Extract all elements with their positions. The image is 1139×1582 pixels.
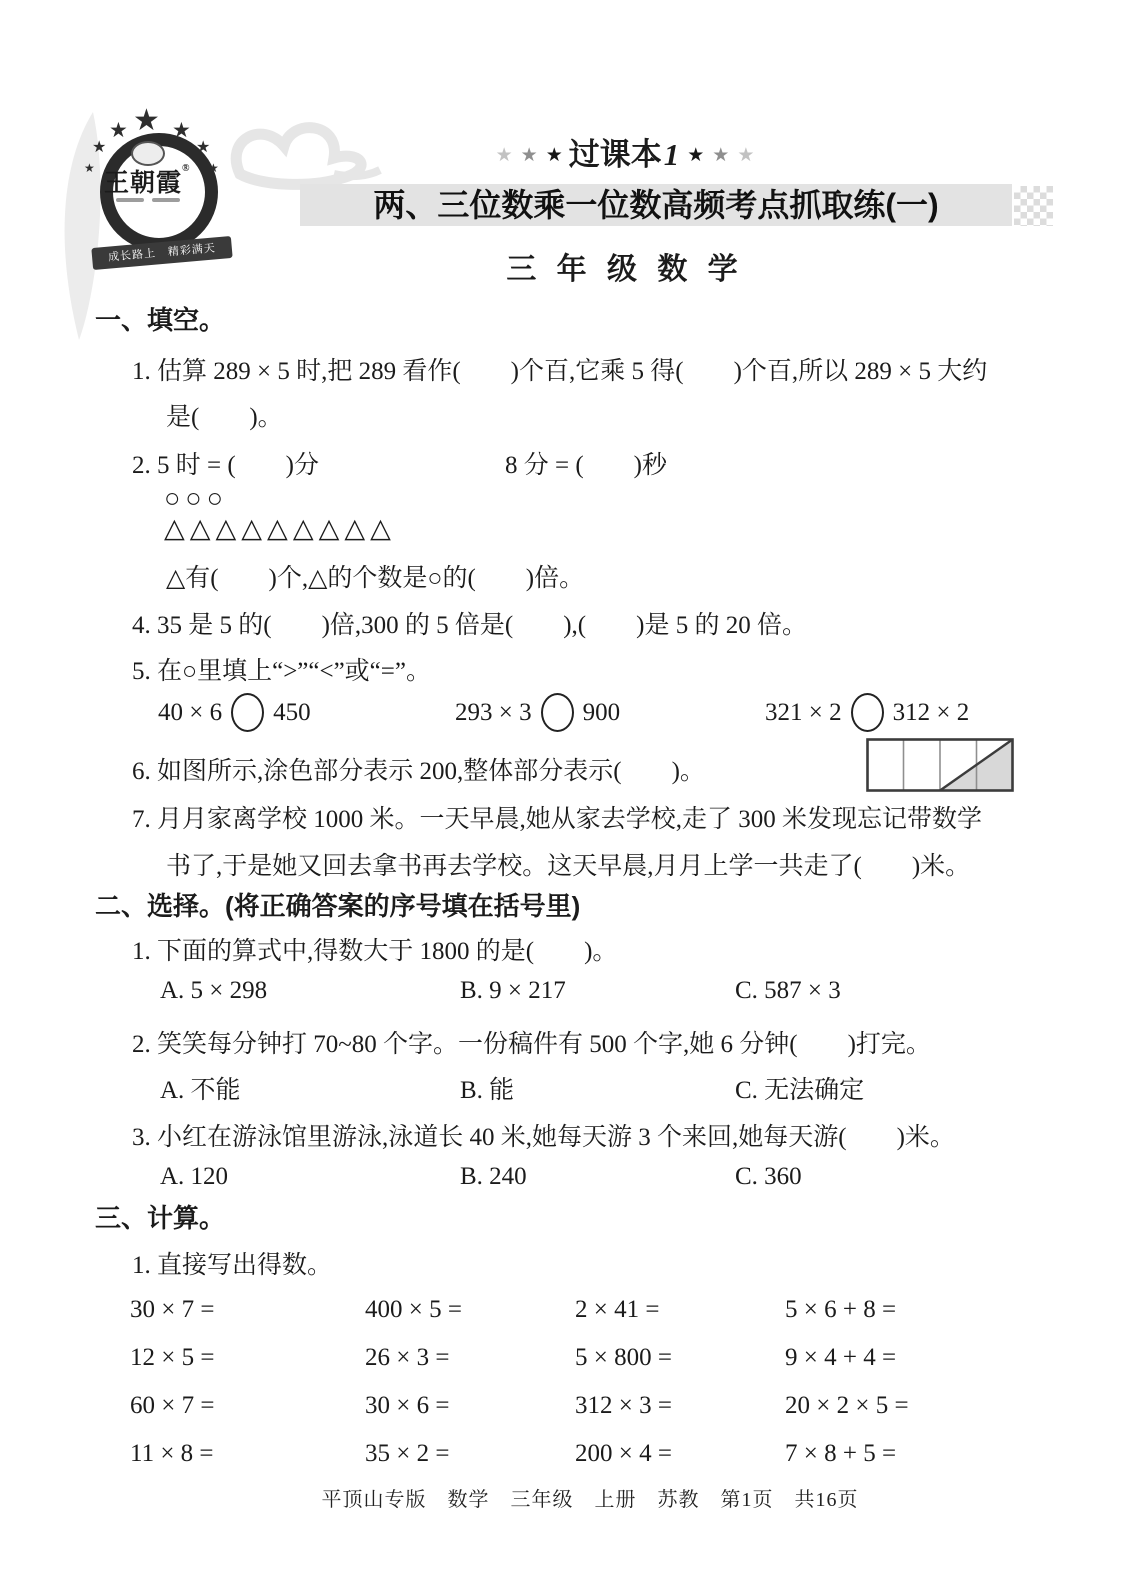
section-3-title: 三、计算。 bbox=[95, 1198, 225, 1235]
s2-q1-option-b: B. 9 × 217 bbox=[460, 977, 566, 1005]
s2-question-3: 3. 小红在游泳馆里游泳,泳道长 40 米,她每天游 3 个来回,她每天游( )… bbox=[132, 1117, 955, 1153]
s2-q3-option-b: B. 240 bbox=[460, 1163, 527, 1191]
calc-item: 9 × 4 + 4 = bbox=[785, 1344, 896, 1372]
star-icon: ★ bbox=[521, 145, 538, 166]
s2-q2-option-c: C. 无法确定 bbox=[735, 1070, 864, 1106]
calc-item: 5 × 6 + 8 = bbox=[785, 1296, 896, 1324]
calc-item: 400 × 5 = bbox=[365, 1296, 462, 1324]
calc-item: 11 × 8 = bbox=[130, 1440, 214, 1468]
comparison-circle bbox=[231, 693, 264, 732]
comparison-left: 321 × 2 bbox=[765, 699, 842, 727]
calc-item: 2 × 41 = bbox=[575, 1296, 659, 1324]
s2-q3-option-c: C. 360 bbox=[735, 1163, 802, 1191]
s1-question-3-text: △有( )个,△的个数是○的( )倍。 bbox=[166, 558, 584, 594]
unit-title-banner: 两、三位数乘一位数高频考点抓取练(一) bbox=[300, 184, 1012, 226]
s1-question-7-line-2: 书了,于是她又回去拿书再去学校。这天早晨,月月上学一共走了( )米。 bbox=[166, 846, 970, 882]
calc-item: 30 × 6 = bbox=[365, 1392, 449, 1420]
s1-question-1-line-1: 1. 估算 289 × 5 时,把 289 看作( )个百,它乘 5 得( )个… bbox=[132, 351, 987, 387]
page-footer: 平顶山专版 数学 三年级 上册 苏教 第1页 共16页 bbox=[40, 1483, 1139, 1512]
checker-decoration bbox=[1014, 186, 1053, 226]
comparison-right: 450 bbox=[273, 699, 311, 727]
calc-item: 7 × 8 + 5 = bbox=[785, 1440, 896, 1468]
s2-q1-option-a: A. 5 × 298 bbox=[160, 977, 267, 1005]
star-icon: ★ bbox=[84, 162, 95, 174]
comparison-right: 312 × 2 bbox=[893, 699, 970, 727]
section-2-title: 二、选择。(将正确答案的序号填在括号里) bbox=[95, 886, 580, 923]
comparison-item: 293 × 3900 bbox=[455, 693, 620, 732]
s3-subtitle: 1. 直接写出得数。 bbox=[132, 1245, 332, 1281]
star-icon: ★ bbox=[496, 145, 513, 166]
comparison-circle bbox=[541, 693, 574, 732]
s1-question-6: 6. 如图所示,涂色部分表示 200,整体部分表示( )。 bbox=[132, 751, 705, 787]
calc-item: 12 × 5 = bbox=[130, 1344, 214, 1372]
calc-item: 20 × 2 × 5 = bbox=[785, 1392, 909, 1420]
s1-question-7-line-1: 7. 月月家离学校 1000 米。一天早晨,她从家去学校,走了 300 米发现忘… bbox=[132, 799, 982, 835]
series-title-row: ★★★过课本1★★★ bbox=[110, 129, 1139, 174]
comparison-right: 900 bbox=[583, 699, 621, 727]
s1-question-2-part-1: 2. 5 时 = ( )分 bbox=[132, 445, 319, 481]
s2-question-1: 1. 下面的算式中,得数大于 1800 的是( )。 bbox=[132, 931, 617, 967]
s1-question-2-part-2: 8 分 = ( )秒 bbox=[505, 445, 667, 481]
star-icon: ★ bbox=[737, 145, 754, 166]
calc-item: 26 × 3 = bbox=[365, 1344, 449, 1372]
subject-title: 三 年 级 数 学 bbox=[110, 244, 1139, 288]
comparison-circle bbox=[851, 693, 884, 732]
s1-question-3-triangles: △△△△△△△△△ bbox=[164, 513, 396, 544]
calc-item: 30 × 7 = bbox=[130, 1296, 214, 1324]
fraction-figure bbox=[866, 738, 1014, 792]
star-icon: ★ bbox=[546, 145, 563, 166]
logo-tagline-bar bbox=[152, 198, 180, 202]
s2-q1-option-c: C. 587 × 3 bbox=[735, 977, 841, 1005]
s2-q2-option-b: B. 能 bbox=[460, 1070, 514, 1106]
calc-item: 312 × 3 = bbox=[575, 1392, 672, 1420]
comparison-item: 40 × 6450 bbox=[158, 693, 311, 732]
section-1-title: 一、填空。 bbox=[95, 300, 225, 337]
s2-question-2: 2. 笑笑每分钟打 70~80 个字。一份稿件有 500 个字,她 6 分钟( … bbox=[132, 1024, 931, 1060]
s1-question-3-circles: ○○○ bbox=[164, 483, 228, 514]
star-icon: ★ bbox=[687, 145, 704, 166]
comparison-item: 321 × 2312 × 2 bbox=[765, 693, 969, 732]
calc-item: 200 × 4 = bbox=[575, 1440, 672, 1468]
star-icon: ★ bbox=[92, 140, 106, 156]
calc-item: 35 × 2 = bbox=[365, 1440, 449, 1468]
brand-text: 王朝霞 bbox=[104, 170, 182, 197]
series-number: 1 bbox=[664, 137, 680, 172]
s1-question-5-intro: 5. 在○里填上“>”“<”或“=”。 bbox=[132, 651, 431, 687]
s2-q2-option-a: A. 不能 bbox=[160, 1070, 241, 1106]
s1-question-4: 4. 35 是 5 的( )倍,300 的 5 倍是( ),( )是 5 的 2… bbox=[132, 605, 807, 641]
series-title: 过课本 bbox=[569, 137, 662, 172]
calc-item: 5 × 800 = bbox=[575, 1344, 672, 1372]
worksheet-page: ★ ★ ★ ★ ★ ★ ★ 王朝霞® 成长路上 精彩满天 ★★★过课本1★★★ … bbox=[0, 0, 1139, 1582]
s1-question-1-line-2: 是( )。 bbox=[166, 397, 283, 433]
comparison-left: 40 × 6 bbox=[158, 699, 222, 727]
s2-q3-option-a: A. 120 bbox=[160, 1163, 228, 1191]
star-icon: ★ bbox=[712, 145, 729, 166]
logo-tagline-bar bbox=[116, 198, 144, 202]
calc-item: 60 × 7 = bbox=[130, 1392, 214, 1420]
comparison-left: 293 × 3 bbox=[455, 699, 532, 727]
